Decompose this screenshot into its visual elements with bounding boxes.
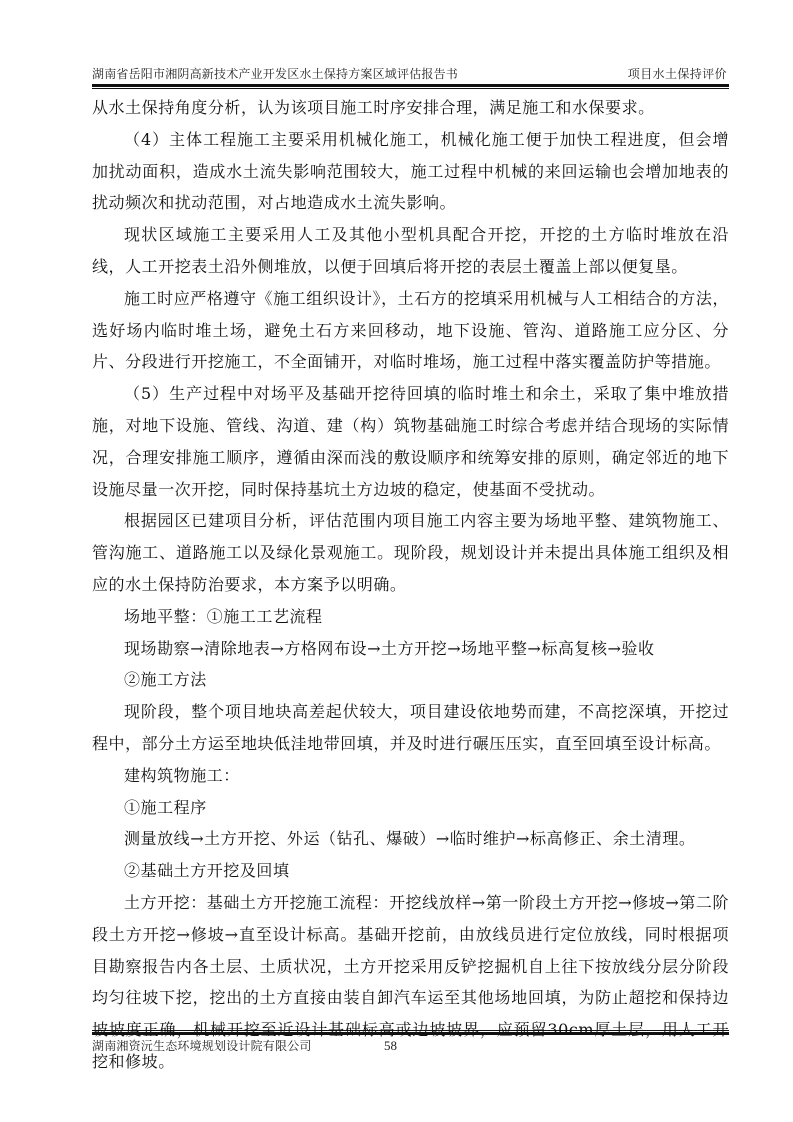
paragraph: 根据园区已建项目分析，评估范围内项目施工内容主要为场地平整、建筑物施工、管沟施工… (92, 505, 729, 600)
paragraph: 现状区域施工主要采用人工及其他小型机具配合开挖，开挖的土方临时堆放在沿线，人工开… (92, 219, 729, 283)
subheading-building-construction: 建构筑物施工： (92, 760, 729, 792)
subheading-construction-method: ②施工方法 (92, 664, 729, 696)
paragraph: 从水土保持角度分析，认为该项目施工时序安排合理，满足施工和水保要求。 (92, 92, 729, 124)
header-rule-thick (92, 84, 729, 87)
subheading-foundation-excavation: ②基础土方开挖及回填 (92, 855, 729, 887)
process-flow-site-leveling: 现场勘察→清除地表→方格网布设→土方开挖→场地平整→标高复核→验收 (92, 633, 729, 665)
paragraph: 施工时应严格遵守《施工组织设计》，土石方的挖填采用机械与人工相结合的方法，选好场… (92, 283, 729, 378)
footer-rule (92, 1030, 729, 1036)
paragraph-item-5: （5）生产过程中对场平及基础开挖待回填的临时堆土和余土，采取了集中堆放措施，对地… (92, 378, 729, 505)
header-section-title: 项目水土保持评价 (628, 66, 727, 82)
footer-company-name: 湖南湘资沅生态环境规划设计院有限公司 (92, 1038, 312, 1054)
page-number: 58 (384, 1038, 397, 1054)
footer-rule-thick (92, 1032, 729, 1035)
paragraph: 现阶段，整个项目地块高差起伏较大，项目建设依地势而建，不高挖深填，开挖过程中，部… (92, 696, 729, 760)
page-footer: 湖南湘资沅生态环境规划设计院有限公司 58 (92, 1038, 729, 1054)
document-page: 湖南省岳阳市湘阴高新技术产业开发区水土保持方案区域评估报告书 项目水土保持评价 … (0, 0, 793, 1122)
subheading-construction-procedure: ①施工程序 (92, 792, 729, 824)
page-header: 湖南省岳阳市湘阴高新技术产业开发区水土保持方案区域评估报告书 项目水土保持评价 (92, 66, 729, 82)
page-body: 从水土保持角度分析，认为该项目施工时序安排合理，满足施工和水保要求。 （4）主体… (92, 92, 729, 1078)
process-flow-building: 测量放线→土方开挖、外运（钻孔、爆破）→临时维护→标高修正、余土清理。 (92, 823, 729, 855)
header-rule (92, 84, 729, 90)
paragraph-item-4: （4）主体工程施工主要采用机械化施工，机械化施工便于加快工程进度，但会增加扰动面… (92, 124, 729, 219)
subheading-site-leveling: 场地平整：①施工工艺流程 (92, 601, 729, 633)
header-rule-thin (92, 88, 729, 89)
footer-rule-thin (92, 1030, 729, 1031)
header-report-title: 湖南省岳阳市湘阴高新技术产业开发区水土保持方案区域评估报告书 (92, 66, 458, 82)
